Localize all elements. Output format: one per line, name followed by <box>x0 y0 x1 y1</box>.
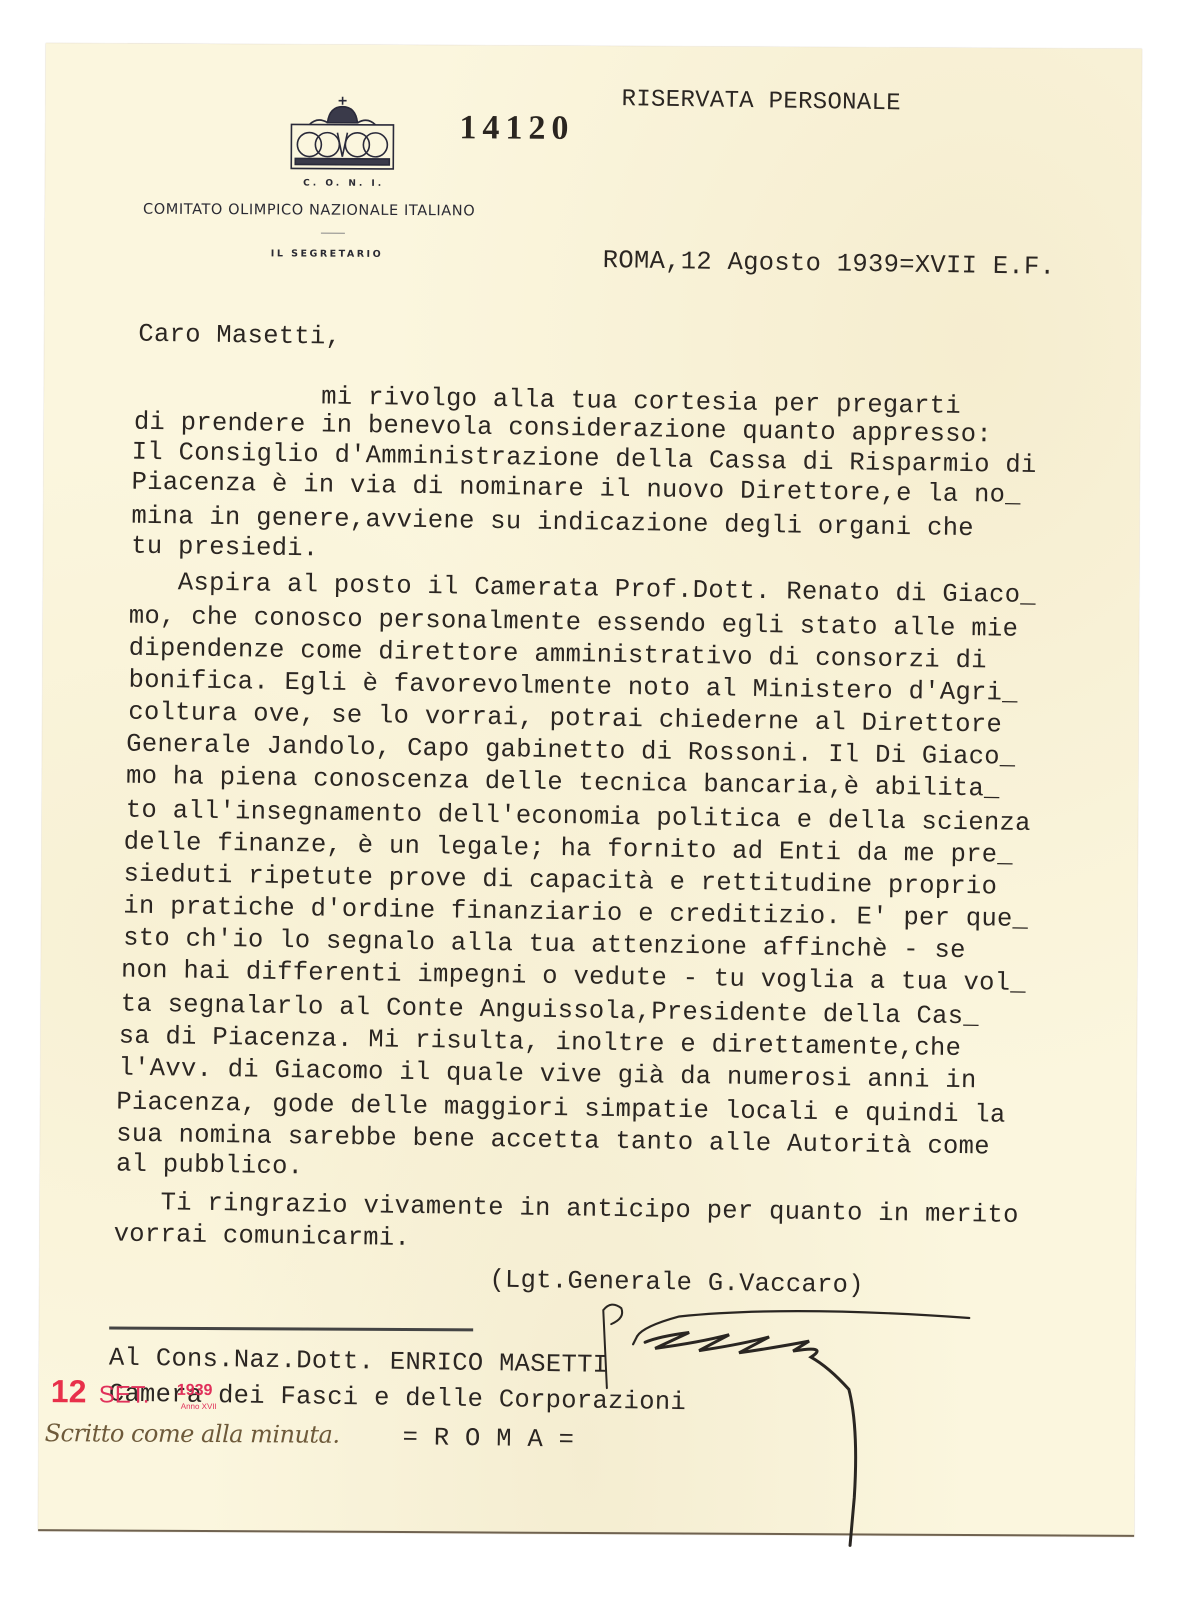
body-line: al pubblico. <box>116 1150 304 1182</box>
handwritten-note: Scritto come alla minuta. <box>45 1419 340 1449</box>
signature-block: (Lgt.Generale G.Vaccaro) <box>489 1265 864 1300</box>
classification-header: RISERVATA PERSONALE <box>621 86 901 117</box>
letterhead-divider <box>321 233 345 234</box>
stamp-year: 1939 <box>177 1382 213 1400</box>
signature-icon <box>588 1296 989 1548</box>
place-date: ROMA,12 Agosto 1939=XVII E.F. <box>603 246 1056 282</box>
protocol-number: 14120 <box>459 109 574 148</box>
letterhead-acronym: C. O. N. I. <box>303 178 384 188</box>
letterhead-organization: COMITATO OLIMPICO NAZIONALE ITALIANO <box>143 202 475 220</box>
recipient-line-1: Al Cons.Naz.Dott. ENRICO MASETTI <box>109 1343 609 1379</box>
received-stamp: 12 SET. 1939 Anno XVII <box>46 43 1142 49</box>
stamp-month: SET. <box>99 1381 150 1409</box>
coni-emblem-icon <box>287 92 397 183</box>
body-line: tu presiedi. <box>131 532 319 564</box>
letterhead-office: IL SEGRETARIO <box>271 248 383 260</box>
letter-sheet: C. O. N. I. COMITATO OLIMPICO NAZIONALE … <box>38 43 1142 1537</box>
letter-body: mi rivolgo alla tua cortesia per pregart… <box>46 43 1142 49</box>
salutation: Caro Masetti, <box>138 320 341 352</box>
recipient-line-3: = R O M A = <box>402 1423 574 1455</box>
stamp-day: 12 <box>51 1373 87 1410</box>
body-line: vorrai comunicarmi. <box>113 1220 410 1253</box>
stamp-era: Anno XVII <box>181 1402 217 1411</box>
recipient-divider <box>109 1326 473 1331</box>
